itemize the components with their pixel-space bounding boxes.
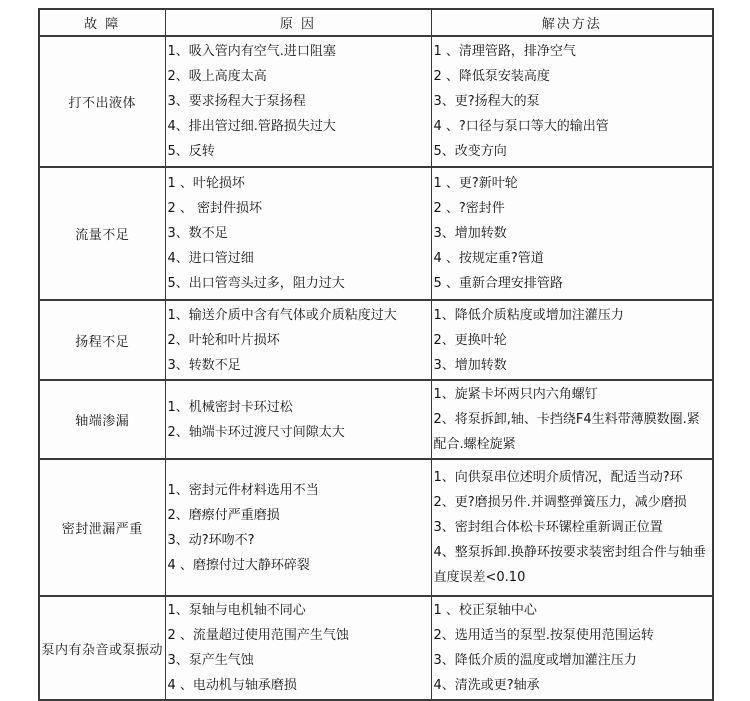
solution-item: 5、改变方向 (434, 139, 711, 164)
cause-item: 4、排出管过细.管路损失过大 (168, 114, 429, 139)
cause-item: 1、密封元件材料选用不当 (168, 478, 429, 503)
solution-item: 1、向供泵串位述明介质情况，配适当动?环 (434, 465, 711, 490)
table-row: 流量不足 1 、叶轮损坏 2 、 密封件损坏 3、数不足 4、进口管过细 5、出… (39, 167, 713, 300)
cause-item: 2 、流量超过使用范围产生气蚀 (168, 623, 429, 648)
solution-item: 1 、校正泵轴中心 (434, 598, 711, 623)
causes-cell: 1、机械密封卡环过松 2、轴端卡环过渡尺寸间隙太大 (165, 380, 431, 459)
cause-item: 2、叶轮和叶片损坏 (168, 328, 429, 353)
solution-item: 4、整泵拆卸.换静环按要求装密封组合件与轴垂直度误差<0.10 (434, 540, 711, 590)
header-row: 故 障 原 因 解决方法 (39, 9, 713, 36)
header-solution: 解决方法 (431, 9, 713, 36)
solution-item: 4 、?口径与泵口等大的输出管 (434, 114, 711, 139)
pump-fault-table: 故 障 原 因 解决方法 打不出液体 1、吸入管内有空气.进口阻塞 2、吸上高度… (38, 8, 714, 701)
fault-cell: 泵内有杂音或泵振动 (39, 596, 165, 700)
solutions-cell: 1、旋紧卡坏两只内六角螺钉 2、将泵拆卸,轴、卡挡绕F4生料带薄膜数圈.紧配合.… (431, 380, 713, 459)
solution-item: 2、选用适当的泵型.按泵使用范围运转 (434, 623, 711, 648)
causes-cell: 1 、叶轮损坏 2 、 密封件损坏 3、数不足 4、进口管过细 5、出口管弯头过… (165, 167, 431, 300)
cause-item: 4 、磨擦付过大静环碎裂 (168, 553, 429, 578)
solutions-cell: 1 、校正泵轴中心 2、选用适当的泵型.按泵使用范围运转 3、降低介质的温度或增… (431, 596, 713, 700)
solution-item: 1 、清理管路，排净空气 (434, 39, 711, 64)
solutions-cell: 1 、清理管路，排净空气 2 、降低泵安装高度 3、更?扬程大的泵 4 、?口径… (431, 36, 713, 167)
fault-cell: 扬程不足 (39, 300, 165, 380)
solution-item: 3、增加转数 (434, 221, 711, 246)
cause-item: 3、动?环吻不? (168, 528, 429, 553)
solution-item: 2、更换叶轮 (434, 328, 711, 353)
cause-item: 5、反转 (168, 139, 429, 164)
fault-cell: 打不出液体 (39, 36, 165, 167)
solution-item: 3、降低介质的温度或增加灌注压力 (434, 648, 711, 673)
solution-item: 2、将泵拆卸,轴、卡挡绕F4生料带薄膜数圈.紧配合.螺栓旋紧 (434, 407, 711, 457)
cause-item: 5、出口管弯头过多，阻力过大 (168, 271, 429, 296)
causes-cell: 1、密封元件材料选用不当 2、磨瘵付严重磨损 3、动?环吻不? 4 、磨擦付过大… (165, 459, 431, 596)
cause-item: 1、输送介质中含有气体或介质粘度过大 (168, 303, 429, 328)
cause-item: 4 、电动机与轴承磨损 (168, 673, 429, 698)
solution-item: 1 、更?新叶轮 (434, 171, 711, 196)
table-row: 扬程不足 1、输送介质中含有气体或介质粘度过大 2、叶轮和叶片损坏 3、转数不足… (39, 300, 713, 380)
solutions-cell: 1、向供泵串位述明介质情况，配适当动?环 2、更?磨损另件.并调整弹簧压力，减少… (431, 459, 713, 596)
solution-item: 3、增加转数 (434, 353, 711, 378)
cause-item: 2、轴端卡环过渡尺寸间隙太大 (168, 420, 429, 445)
solution-item: 4 、按规定重?管道 (434, 246, 711, 271)
table-row: 泵内有杂音或泵振动 1、泵轴与电机轴不同心 2 、流量超过使用范围产生气蚀 3、… (39, 596, 713, 700)
cause-item: 1、吸入管内有空气.进口阻塞 (168, 39, 429, 64)
solution-item: 3、密封组合体松卡环镙栓重新调正位置 (434, 515, 711, 540)
cause-item: 1、机械密封卡环过松 (168, 395, 429, 420)
solution-item: 1、降低介质粘度或增加注灌压力 (434, 303, 711, 328)
cause-item: 4、进口管过细 (168, 246, 429, 271)
header-cause: 原 因 (165, 9, 431, 36)
solution-item: 1、旋紧卡坏两只内六角螺钉 (434, 382, 711, 407)
solution-item: 2、更?磨损另件.并调整弹簧压力，减少磨损 (434, 490, 711, 515)
causes-cell: 1、输送介质中含有气体或介质粘度过大 2、叶轮和叶片损坏 3、转数不足 (165, 300, 431, 380)
cause-item: 1 、叶轮损坏 (168, 171, 429, 196)
solutions-cell: 1 、更?新叶轮 2 、?密封件 3、增加转数 4 、按规定重?管道 5 、重新… (431, 167, 713, 300)
solution-item: 3、更?扬程大的泵 (434, 89, 711, 114)
cause-item: 3、数不足 (168, 221, 429, 246)
solution-item: 5 、重新合理安排管路 (434, 271, 711, 296)
fault-cell: 流量不足 (39, 167, 165, 300)
fault-cell: 轴端渗漏 (39, 380, 165, 459)
solution-item: 4、清洗或更?轴承 (434, 673, 711, 698)
cause-item: 3、泵产生气蚀 (168, 648, 429, 673)
table-row: 密封泄漏严重 1、密封元件材料选用不当 2、磨瘵付严重磨损 3、动?环吻不? 4… (39, 459, 713, 596)
solution-item: 2 、降低泵安装高度 (434, 64, 711, 89)
solution-item: 2 、?密封件 (434, 196, 711, 221)
cause-item: 3、要求扬程大于泵扬程 (168, 89, 429, 114)
cause-item: 2 、 密封件损坏 (168, 196, 429, 221)
cause-item: 2、吸上高度太高 (168, 64, 429, 89)
solutions-cell: 1、降低介质粘度或增加注灌压力 2、更换叶轮 3、增加转数 (431, 300, 713, 380)
causes-cell: 1、吸入管内有空气.进口阻塞 2、吸上高度太高 3、要求扬程大于泵扬程 4、排出… (165, 36, 431, 167)
table-row: 轴端渗漏 1、机械密封卡环过松 2、轴端卡环过渡尺寸间隙太大 1、旋紧卡坏两只内… (39, 380, 713, 459)
header-fault: 故 障 (39, 9, 165, 36)
fault-cell: 密封泄漏严重 (39, 459, 165, 596)
cause-item: 1、泵轴与电机轴不同心 (168, 598, 429, 623)
cause-item: 3、转数不足 (168, 353, 429, 378)
causes-cell: 1、泵轴与电机轴不同心 2 、流量超过使用范围产生气蚀 3、泵产生气蚀 4 、电… (165, 596, 431, 700)
cause-item: 2、磨瘵付严重磨损 (168, 503, 429, 528)
table-row: 打不出液体 1、吸入管内有空气.进口阻塞 2、吸上高度太高 3、要求扬程大于泵扬… (39, 36, 713, 167)
